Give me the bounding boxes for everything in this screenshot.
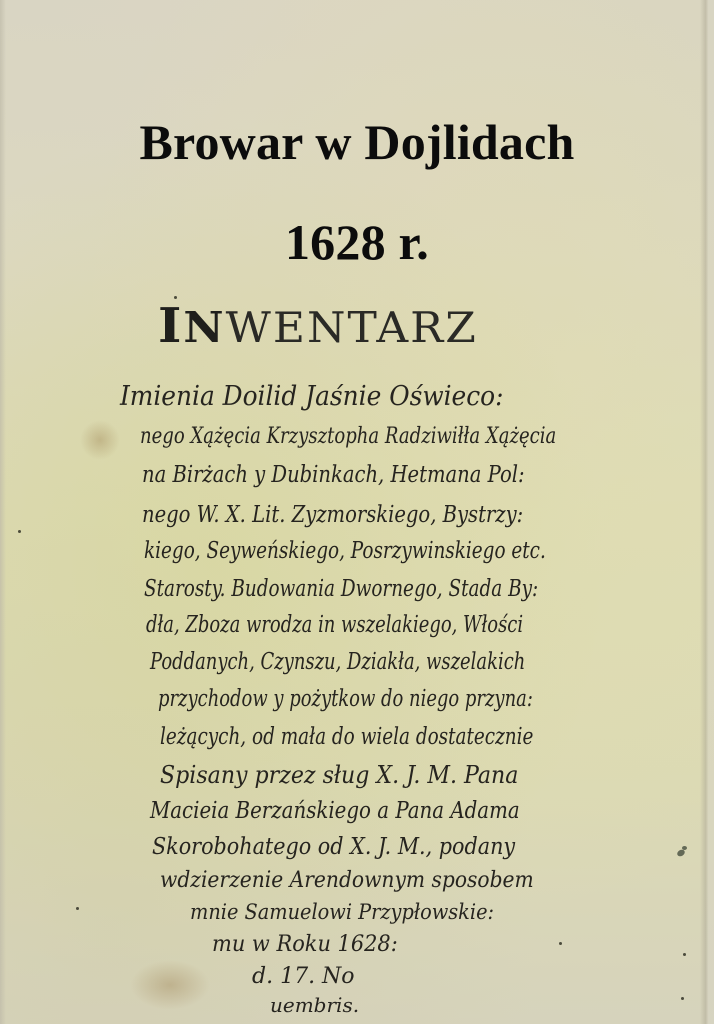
manuscript-line: Skorobohatego od X. J. M., podany [152, 832, 515, 862]
manuscript-line: na Birżach y Dubinkach, Hetmana Pol: [142, 460, 525, 490]
manuscript-line: nego Xążęcia Krzysztopha Radziwiłła Xążę… [140, 422, 556, 452]
manuscript-text: INWENTARZ Imienia Doilid Jaśnie Oświeco:… [0, 0, 714, 1024]
manuscript-line: dła, Zboza wrodza in wszelakiego, Włości [146, 610, 523, 640]
manuscript-line: leżących, od mała do wiela dostatecznie [160, 722, 533, 752]
heading-initial: I [158, 298, 183, 354]
manuscript-line: Macieia Berzańskiego a Pana Adama [150, 796, 520, 826]
manuscript-line: Spisany przez sług X. J. M. Pana [160, 760, 518, 790]
manuscript-heading: INWENTARZ [158, 303, 478, 351]
heading-second-letter: N [183, 304, 225, 352]
manuscript-line: Imienia Doilid Jaśnie Oświeco: [120, 382, 503, 412]
heading-rest: WENTARZ [226, 304, 478, 352]
manuscript-line: uembris. [270, 990, 359, 1020]
manuscript-line: przychodow y pożytkow do niego przyna: [158, 684, 533, 714]
document-page: Browar w Dojlidach 1628 r. INWENTARZ Imi… [0, 0, 714, 1024]
manuscript-line: Starosty. Budowania Dwornego, Stada By: [144, 574, 538, 604]
manuscript-line: wdzierzenie Arendownym sposobem [160, 866, 534, 896]
manuscript-line: d. 17. No [252, 962, 355, 992]
manuscript-line: mnie Samuelowi Przypłowskie: [190, 897, 494, 927]
manuscript-line: mu w Roku 1628: [212, 930, 398, 960]
manuscript-line: kiego, Seyweńskiego, Posrzywinskiego etc… [144, 536, 546, 566]
manuscript-line: nego W. X. Lit. Zyzmorskiego, Bystrzy: [142, 500, 523, 530]
manuscript-line: Poddanych, Czynszu, Dziakła, wszelakich [150, 647, 525, 677]
